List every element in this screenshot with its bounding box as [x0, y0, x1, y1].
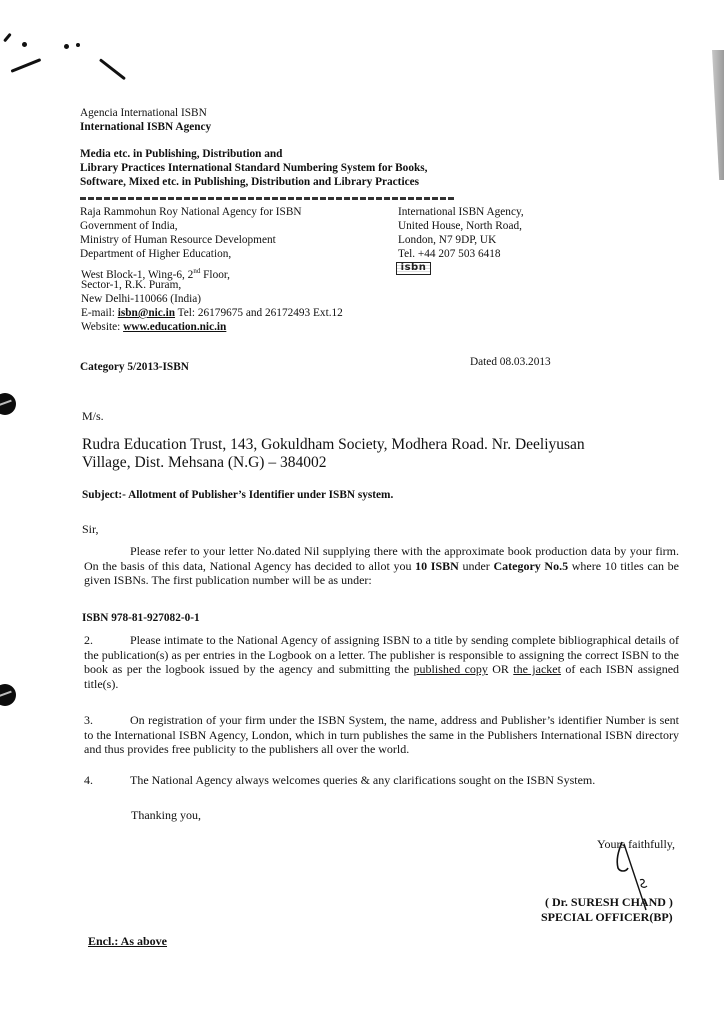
assigned-isbn: ISBN 978-81-927082-0-1 [82, 611, 200, 625]
signatory-name: ( Dr. SURESH CHAND ) [545, 895, 673, 910]
category-number: Category No.5 [493, 559, 568, 573]
website-link[interactable]: www.education.nic.in [123, 321, 226, 333]
paragraph-3: 3.On registration of your firm under the… [84, 713, 679, 757]
paragraph-2: 2.Please intimate to the National Agency… [84, 633, 679, 691]
isbn-logo: isbn [396, 262, 431, 275]
enclosure-note: Encl.: As above [88, 934, 167, 949]
international-agency-line: International ISBN Agency, [398, 205, 524, 219]
national-agency-line: Ministry of Human Resource Development [80, 233, 276, 247]
paragraph-emphasis: published copy [414, 662, 488, 676]
international-agency-line: Tel. +44 207 503 6418 [398, 247, 501, 261]
page-edge-shadow [712, 50, 724, 180]
scan-mark [22, 42, 27, 47]
thanking-line: Thanking you, [131, 808, 201, 823]
international-agency-line: London, N7 9DP, UK [398, 233, 496, 247]
header-description-line: Software, Mixed etc. in Publishing, Dist… [80, 175, 419, 189]
signatory-title: SPECIAL OFFICER(BP) [541, 910, 673, 925]
scan-mark [99, 58, 126, 80]
email-label: E-mail: [81, 307, 118, 319]
recipient-address-line: Rudra Education Trust, 143, Gokuldham So… [82, 435, 585, 454]
national-agency-line: Department of Higher Education, [80, 247, 231, 261]
isbn-count: 10 ISBN [415, 559, 459, 573]
punch-hole [0, 684, 16, 706]
letter-date: Dated 08.03.2013 [470, 355, 551, 369]
international-agency-line: United House, North Road, [398, 219, 522, 233]
contact-line: E-mail: isbn@nic.in Tel: 26179675 and 26… [81, 306, 343, 320]
paragraph-4: 4.The National Agency always welcomes qu… [84, 773, 679, 788]
paragraph-number: 4. [84, 773, 130, 788]
subject-line: Subject:- Allotment of Publisher’s Ident… [82, 488, 393, 502]
recipient-prefix: M/s. [82, 409, 104, 424]
website-line: Website: www.education.nic.in [81, 320, 226, 334]
scan-mark [64, 44, 69, 49]
paragraph-emphasis: the jacket [513, 662, 561, 676]
agency-spanish-name: Agencia International ISBN [80, 106, 207, 120]
paragraph-text: The National Agency always welcomes quer… [130, 773, 595, 787]
website-label: Website: [81, 321, 123, 333]
recipient-address-line: Village, Dist. Mehsana (N.G) – 384002 [82, 453, 326, 472]
telephone-text: Tel: 26179675 and 26172493 Ext.12 [175, 307, 343, 319]
scan-mark [11, 58, 42, 72]
national-agency-line: Raja Rammohun Roy National Agency for IS… [80, 205, 302, 219]
scan-mark [3, 33, 11, 42]
punch-hole [0, 393, 16, 415]
category-reference: Category 5/2013-ISBN [80, 360, 189, 374]
paragraph-number: 3. [84, 713, 130, 728]
greeting: Sir, [82, 522, 99, 537]
national-agency-line: Government of India, [80, 219, 178, 233]
scan-mark [76, 43, 80, 47]
email-link[interactable]: isbn@nic.in [118, 307, 175, 319]
address-line: New Delhi-110066 (India) [81, 292, 201, 306]
paragraph-text: On registration of your firm under the I… [84, 713, 679, 756]
paragraph-text: under [459, 559, 494, 573]
header-description-line: Library Practices International Standard… [80, 161, 427, 175]
header-separator [80, 197, 455, 200]
paragraph-1: Please refer to your letter No.dated Nil… [84, 544, 679, 588]
paragraph-text: OR [488, 662, 513, 676]
address-line: Sector-1, R.K. Puram, [81, 278, 181, 292]
paragraph-number: 2. [84, 633, 130, 648]
header-description-line: Media etc. in Publishing, Distribution a… [80, 147, 282, 161]
address-text: Floor, [200, 269, 230, 281]
agency-english-name: International ISBN Agency [80, 120, 211, 134]
